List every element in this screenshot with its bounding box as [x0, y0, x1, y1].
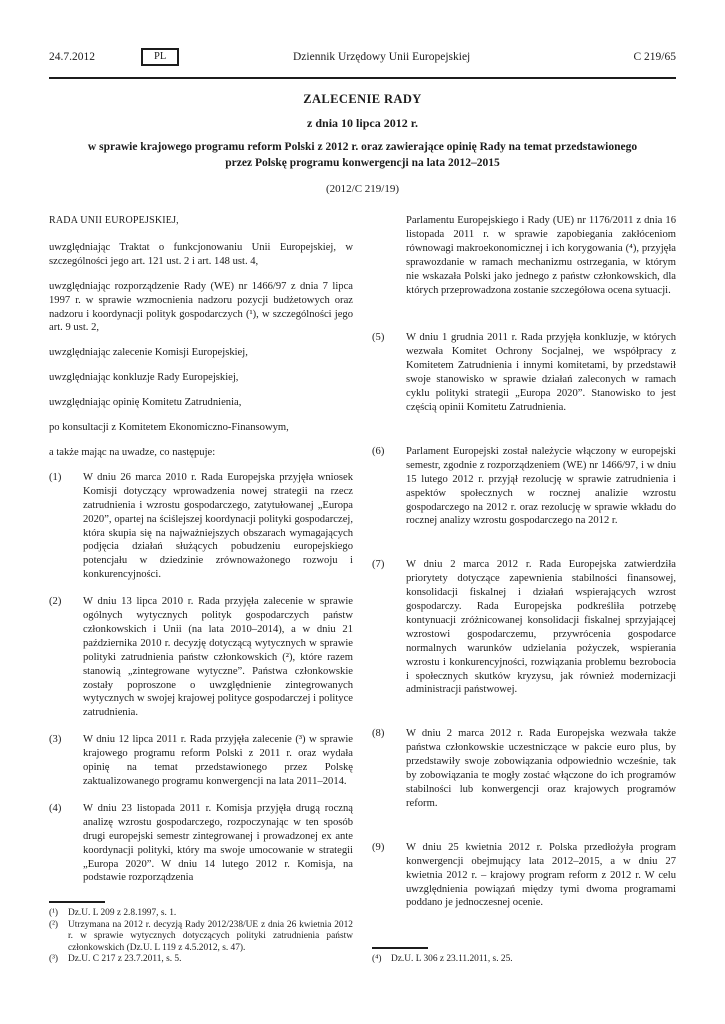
- recital-number: (9): [372, 841, 406, 911]
- document-page: 24.7.2012 PL Dziennik Urzędowy Unii Euro…: [0, 0, 725, 1024]
- right-footnotes: (⁴) Dz.U. L 306 z 23.11.2011, s. 25.: [372, 947, 676, 976]
- recital-number: (2): [49, 595, 83, 720]
- recital-number: (8): [372, 727, 406, 810]
- footnote: (³) Dz.U. C 217 z 23.7.2011, s. 5.: [49, 954, 353, 966]
- document-reference: (2012/C 219/19): [49, 183, 676, 195]
- footnote: (²) Utrzymana na 2012 r. decyzją Rady 20…: [49, 920, 353, 955]
- footnote-marker: (³): [49, 954, 68, 966]
- recital: (3) W dniu 12 lipca 2011 r. Rada przyjęł…: [49, 733, 353, 789]
- recital-text: W dniu 25 kwietnia 2012 r. Polska przedł…: [406, 841, 676, 911]
- document-title: ZALECENIE RADY: [49, 92, 676, 107]
- recital: (9) W dniu 25 kwietnia 2012 r. Polska pr…: [372, 841, 676, 911]
- left-column: RADA UNII EUROPEJSKIEJ, uwzględniając Tr…: [49, 214, 353, 976]
- recital: (8) W dniu 2 marca 2012 r. Rada Europejs…: [372, 727, 676, 810]
- preamble-paragraph: uwzględniając Traktat o funkcjonowaniu U…: [49, 241, 353, 269]
- footnote-rule: [49, 901, 105, 903]
- right-column: Parlamentu Europejskiego i Rady (UE) nr …: [372, 214, 676, 976]
- recital-text: W dniu 13 lipca 2010 r. Rada przyjęła za…: [83, 595, 353, 720]
- recital-number: (4): [49, 802, 83, 885]
- left-footnotes: (¹) Dz.U. L 209 z 2.8.1997, s. 1. (²) Ut…: [49, 901, 353, 976]
- recital-number: (7): [372, 558, 406, 697]
- recital: (5) W dniu 1 grudnia 2011 r. Rada przyję…: [372, 331, 676, 414]
- recital-text: W dniu 12 lipca 2011 r. Rada przyjęła za…: [83, 733, 353, 789]
- footnote-marker: (²): [49, 920, 68, 955]
- footnote-rule: [372, 947, 428, 949]
- recital-number: (5): [372, 331, 406, 414]
- title-block: ZALECENIE RADY z dnia 10 lipca 2012 r. w…: [49, 79, 676, 195]
- preamble-paragraph: uwzględniając zalecenie Komisji Europejs…: [49, 346, 353, 360]
- journal-title: Dziennik Urzędowy Unii Europejskiej: [179, 51, 584, 63]
- preamble-paragraph: a także mając na uwadze, co następuje:: [49, 446, 353, 460]
- council-intro: RADA UNII EUROPEJSKIEJ,: [49, 214, 353, 228]
- page-reference: C 219/65: [584, 51, 676, 63]
- recital: (6) Parlament Europejski został należyci…: [372, 445, 676, 528]
- page-header: 24.7.2012 PL Dziennik Urzędowy Unii Euro…: [49, 48, 676, 79]
- footnote: (¹) Dz.U. L 209 z 2.8.1997, s. 1.: [49, 908, 353, 920]
- footnote-text: Dz.U. C 217 z 23.7.2011, s. 5.: [68, 954, 353, 966]
- recital: (4) W dniu 23 listopada 2011 r. Komisja …: [49, 802, 353, 885]
- footnote-marker: (¹): [49, 908, 68, 920]
- recital-text: W dniu 2 marca 2012 r. Rada Europejska z…: [406, 558, 676, 697]
- footnote: (⁴) Dz.U. L 306 z 23.11.2011, s. 25.: [372, 954, 676, 966]
- recital-text: W dniu 1 grudnia 2011 r. Rada przyjęła k…: [406, 331, 676, 414]
- recital-number: (3): [49, 733, 83, 789]
- recital: (1) W dniu 26 marca 2010 r. Rada Europej…: [49, 471, 353, 582]
- recital-number: (1): [49, 471, 83, 582]
- recital-text: W dniu 26 marca 2010 r. Rada Europejska …: [83, 471, 353, 582]
- recital-text: W dniu 2 marca 2012 r. Rada Europejska w…: [406, 727, 676, 810]
- preamble-paragraph: uwzględniając opinię Komitetu Zatrudnien…: [49, 396, 353, 410]
- document-date-line: z dnia 10 lipca 2012 r.: [49, 116, 676, 131]
- preamble-paragraph: po konsultacji z Komitetem Ekonomiczno-F…: [49, 421, 353, 435]
- preamble-paragraph: uwzględniając rozporządzenie Rady (WE) n…: [49, 280, 353, 336]
- recital: (2) W dniu 13 lipca 2010 r. Rada przyjęł…: [49, 595, 353, 720]
- recital: (7) W dniu 2 marca 2012 r. Rada Europejs…: [372, 558, 676, 697]
- document-subject: w sprawie krajowego programu reform Pols…: [77, 140, 649, 171]
- footnote-marker: (⁴): [372, 954, 391, 966]
- two-column-body: RADA UNII EUROPEJSKIEJ, uwzględniając Tr…: [49, 214, 676, 976]
- recital-number: (6): [372, 445, 406, 528]
- recital-text: Parlament Europejski został należycie wł…: [406, 445, 676, 528]
- language-badge: PL: [141, 48, 179, 66]
- footnote-text: Utrzymana na 2012 r. decyzją Rady 2012/2…: [68, 920, 353, 955]
- preamble-paragraph: uwzględniając konkluzje Rady Europejskie…: [49, 371, 353, 385]
- header-date: 24.7.2012: [49, 51, 141, 63]
- footnote-text: Dz.U. L 209 z 2.8.1997, s. 1.: [68, 908, 353, 920]
- continuation-paragraph: Parlamentu Europejskiego i Rady (UE) nr …: [372, 214, 676, 297]
- recital-text: W dniu 23 listopada 2011 r. Komisja przy…: [83, 802, 353, 885]
- footnote-text: Dz.U. L 306 z 23.11.2011, s. 25.: [391, 954, 676, 966]
